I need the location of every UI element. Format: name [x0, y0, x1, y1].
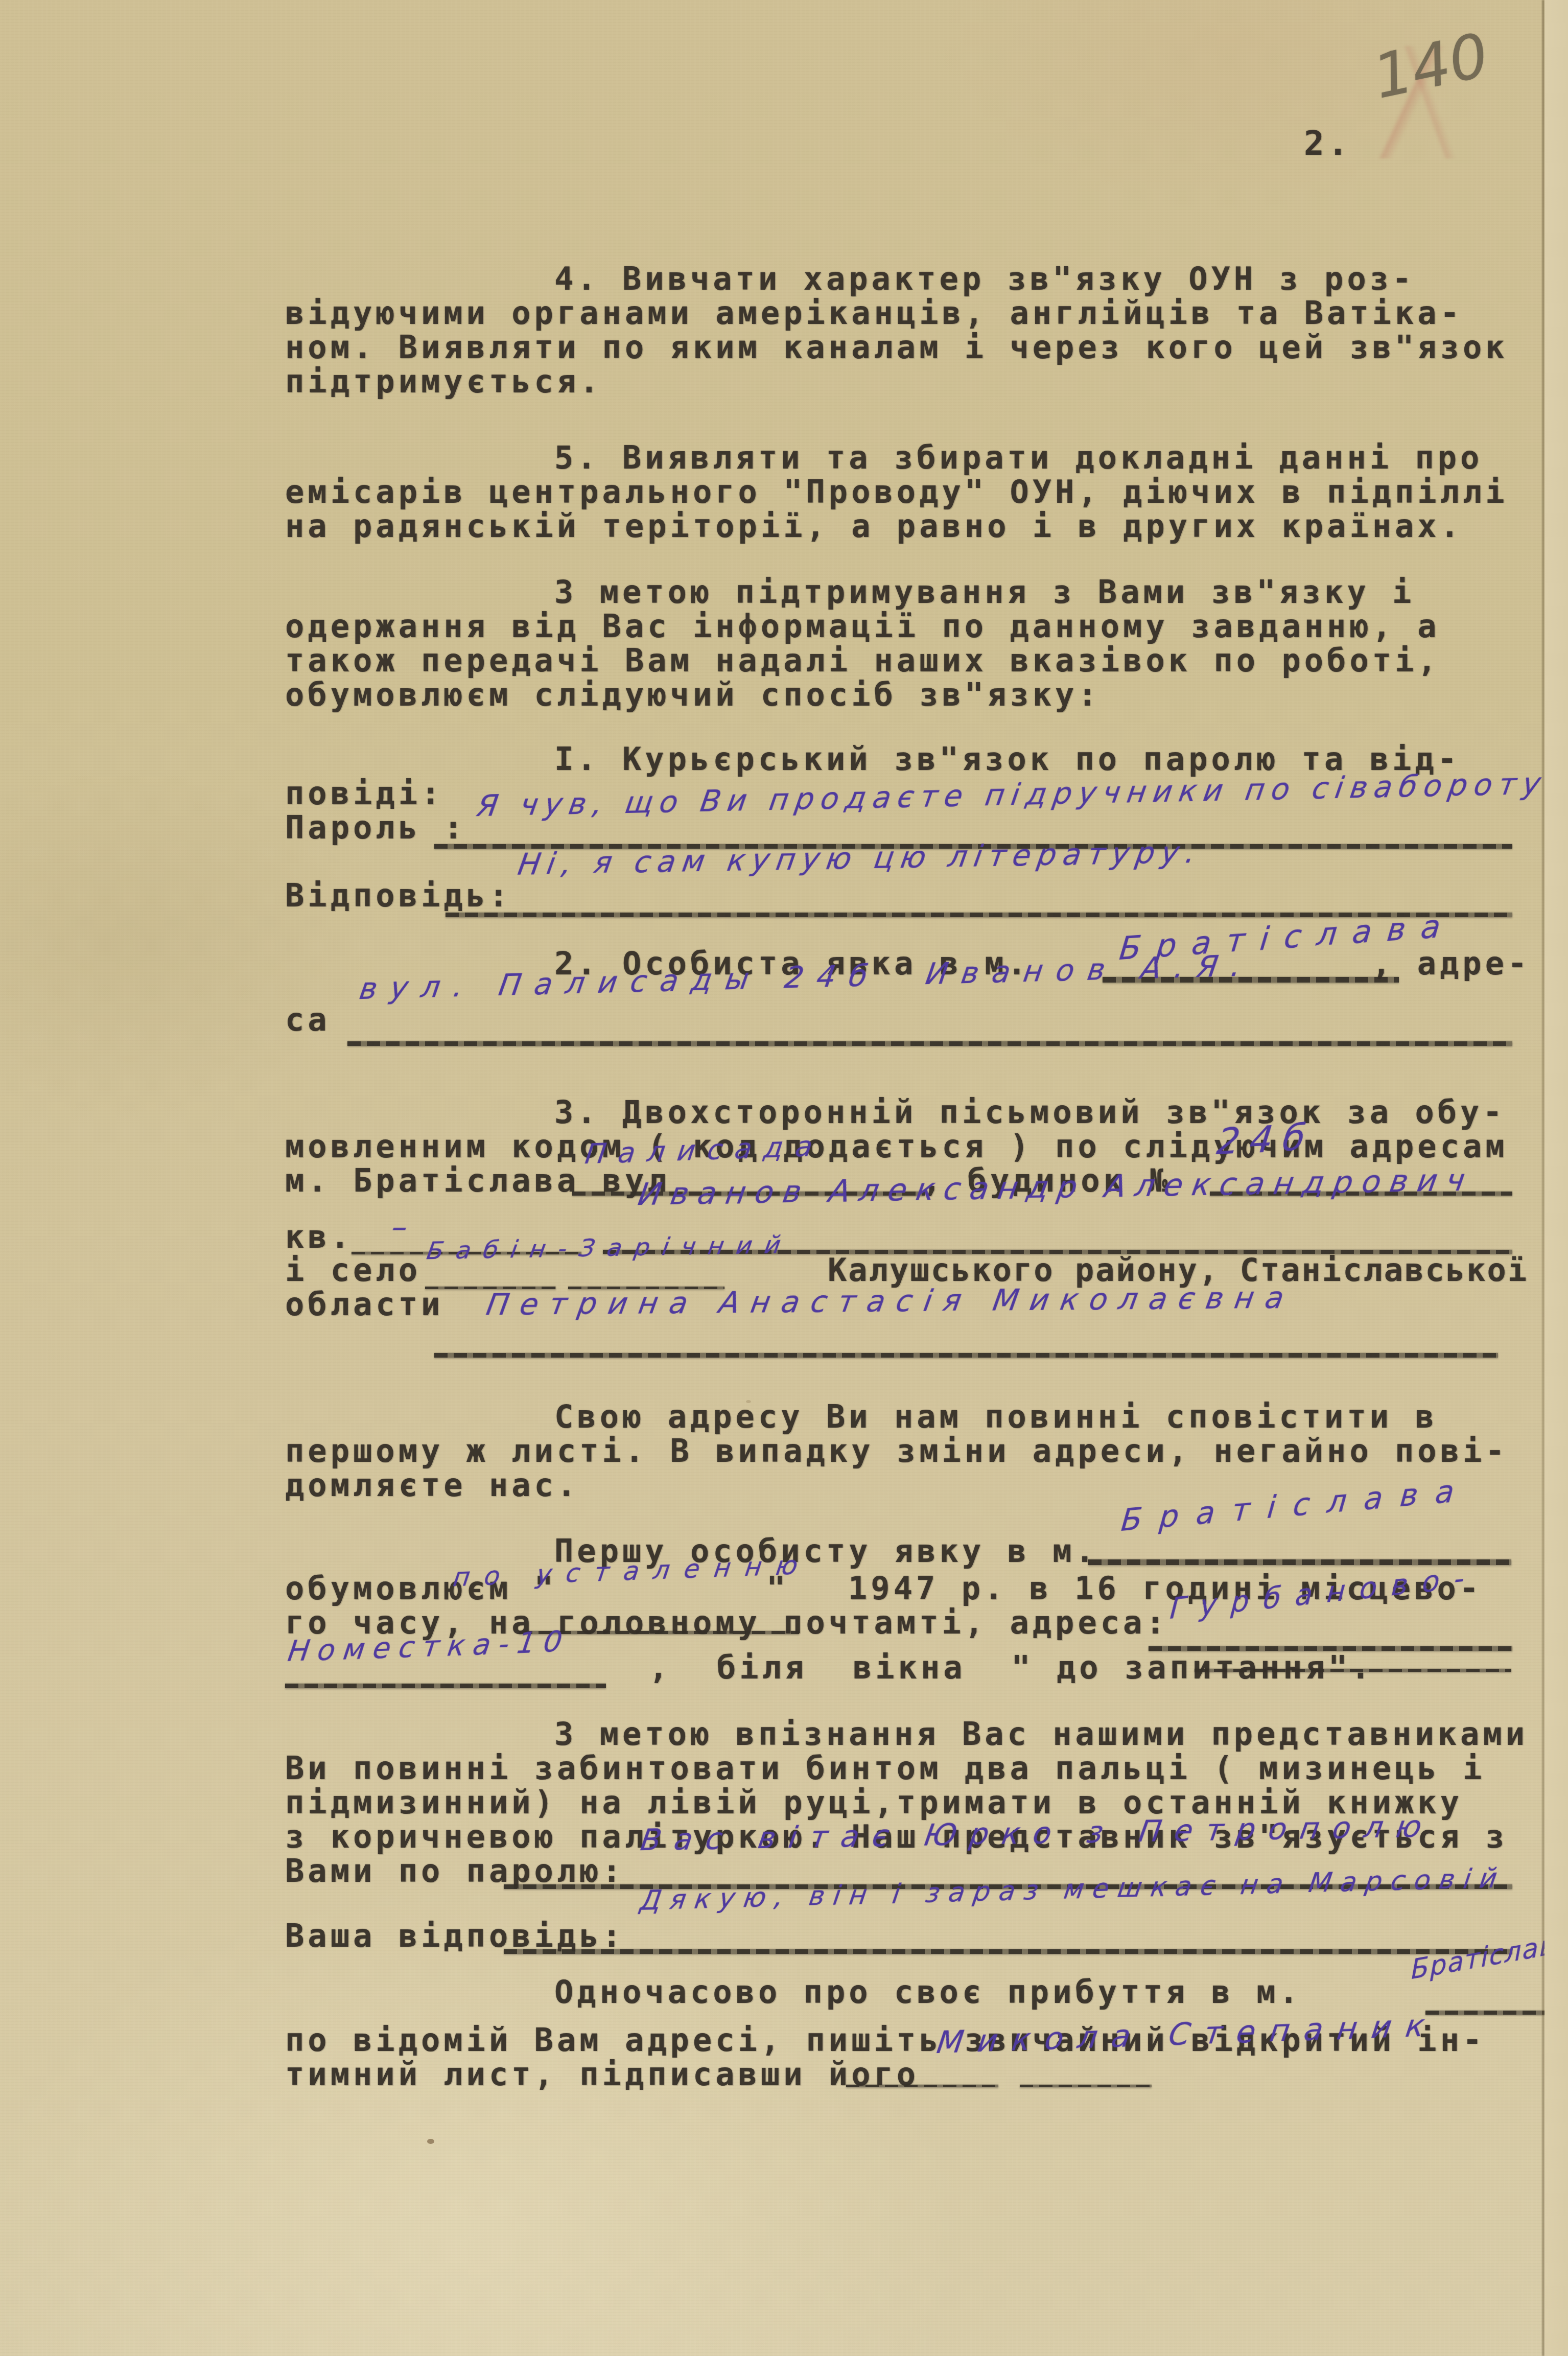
- typed-line: тимний лист, підписавши його: [285, 2059, 919, 2090]
- handwritten-annotation: Палисада: [583, 1132, 827, 1168]
- typed-line: З метою впізнання Вас нашими представник…: [554, 1718, 1528, 1750]
- typed-line: на радянській теріторії, а равно і в дру…: [285, 510, 1463, 542]
- typed-line: области: [285, 1289, 443, 1320]
- underline-rule: [1195, 1669, 1511, 1672]
- underline-rule: [1149, 1646, 1512, 1651]
- typed-line: , біля вікна " до запитання".: [649, 1652, 1373, 1684]
- typed-line: З метою підтримування з Вами зв"язку і: [554, 576, 1415, 608]
- page-number: 2.: [1304, 127, 1351, 160]
- typed-line: повіді:: [285, 778, 443, 809]
- typed-line: першому ж листі. В випадку зміни адреси,…: [285, 1435, 1508, 1467]
- typed-line: емісарів центрального "Проводу" ОУН, дію…: [285, 476, 1508, 508]
- typed-line: Відповідь:: [285, 880, 511, 912]
- typed-line: Ви повинні забинтовати бинтом два пальці…: [285, 1753, 1485, 1784]
- scan-page: 140 2. і 4. Вивчати характер зв"язку ОУН…: [0, 0, 1568, 2356]
- underline-rule: [504, 1949, 1512, 1954]
- underline-rule: [434, 1353, 1498, 1358]
- typed-line: обумовлюєм слідуючий спосіб зв"язку:: [285, 679, 1101, 711]
- typed-line: і село: [285, 1254, 421, 1286]
- typed-line: мовленним кодом ( код додається ) по слі…: [285, 1131, 1508, 1162]
- typed-line: відуючими органами амеріканців, англійці…: [285, 297, 1463, 329]
- handwritten-annotation: Петрина Анастасія Миколаєвна: [484, 1282, 1297, 1319]
- typed-line: Ваша відповідь:: [285, 1920, 625, 1952]
- typed-line: також передачі Вам надалі наших вказівок…: [285, 645, 1440, 677]
- typed-line: одержання від Вас інформації по данному …: [285, 611, 1440, 642]
- paper-speck: [1080, 317, 1084, 321]
- paper-speck: [427, 2139, 434, 2144]
- typed-line: ном. Виявляти по яким каналам і через ко…: [285, 332, 1508, 363]
- typed-line: 5. Виявляти та збирати докладні данні пр…: [554, 442, 1483, 474]
- typed-line: 4. Вивчати характер зв"язку ОУН з роз-: [554, 263, 1415, 295]
- typed-line: 3. Двохсторонній пісьмовий зв"язок за об…: [554, 1097, 1506, 1128]
- handwritten-annotation: Бабін-Зарічний: [425, 1232, 795, 1263]
- paper-speck: [746, 1400, 751, 1403]
- typed-line: Одночасово про своє прибуття в м.: [554, 1976, 1302, 2008]
- typed-line: кв.: [285, 1221, 353, 1253]
- typed-line: са: [285, 1004, 331, 1036]
- paper-edge: [1544, 0, 1568, 2356]
- typed-line: підтримується.: [285, 366, 602, 398]
- underline-rule: [347, 1041, 1512, 1046]
- underline-rule: [1020, 2085, 1152, 2087]
- typed-line: Вами по паролю:: [285, 1855, 625, 1887]
- typed-line: Пароль :: [285, 812, 466, 844]
- typed-line: домляєте нас.: [285, 1469, 579, 1501]
- underline-rule: [285, 1684, 606, 1688]
- underline-rule: [846, 2085, 998, 2087]
- typed-line: Свою адресу Ви нам повинні сповістити в: [554, 1401, 1438, 1433]
- handwritten-annotation: 24б: [1215, 1118, 1318, 1160]
- typed-line: , адре-: [1372, 948, 1530, 979]
